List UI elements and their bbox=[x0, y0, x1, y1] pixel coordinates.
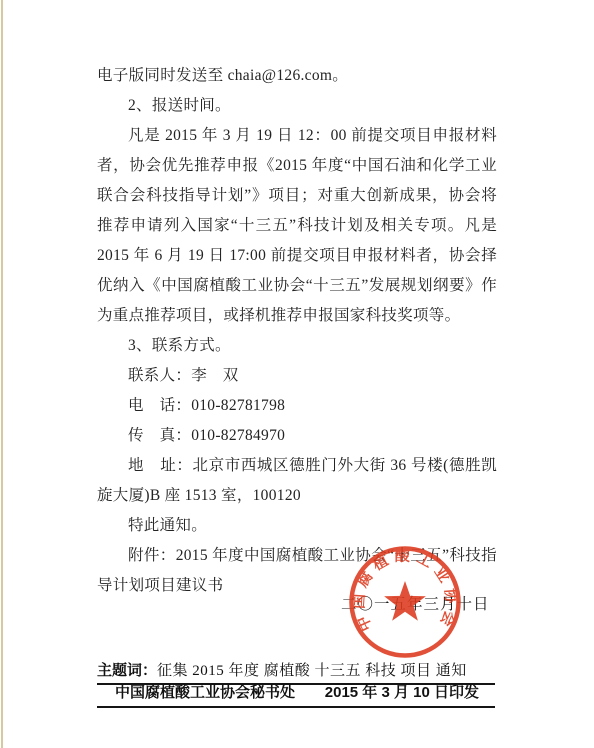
fax-line: 传 真：010-82784970 bbox=[97, 421, 497, 451]
body-paragraph: 3、联系方式。 bbox=[97, 331, 497, 361]
contact-person-line: 联系人：李 双 bbox=[97, 361, 497, 391]
body-paragraph: 2、报送时间。 bbox=[97, 91, 497, 121]
keywords-label: 主题词： bbox=[97, 662, 157, 679]
address-line: 地 址：北京市西城区德胜门外大街 36 号楼(德胜凯旋大厦)B 座 1513 室… bbox=[97, 451, 497, 511]
document-body: 电子版同时发送至 chaia@126.com。 2、报送时间。 凡是 2015 … bbox=[97, 61, 497, 601]
footer-issuer: 中国腐植酸工业协会秘书处 bbox=[97, 681, 295, 702]
body-paragraph: 凡是 2015 年 3 月 19 日 12：00 前提交项目申报材料者，协会优先… bbox=[97, 121, 497, 331]
page-left-edge bbox=[1, 0, 3, 748]
phone-line: 电 话：010-82781798 bbox=[97, 391, 497, 421]
footer-row: 中国腐植酸工业协会秘书处 2015 年 3 月 10 日印发 bbox=[97, 681, 495, 708]
footer-print-date: 2015 年 3 月 10 日印发 bbox=[325, 681, 495, 702]
notice-closing-line: 特此通知。 bbox=[97, 511, 497, 541]
body-paragraph: 电子版同时发送至 chaia@126.com。 bbox=[97, 61, 497, 91]
keywords-terms: 征集 2015 年度 腐植酸 十三五 科技 项目 通知 bbox=[157, 663, 467, 679]
attachment-line: 附件：2015 年度中国腐植酸工业协会“十三五”科技指导计划项目建议书 bbox=[97, 541, 497, 601]
